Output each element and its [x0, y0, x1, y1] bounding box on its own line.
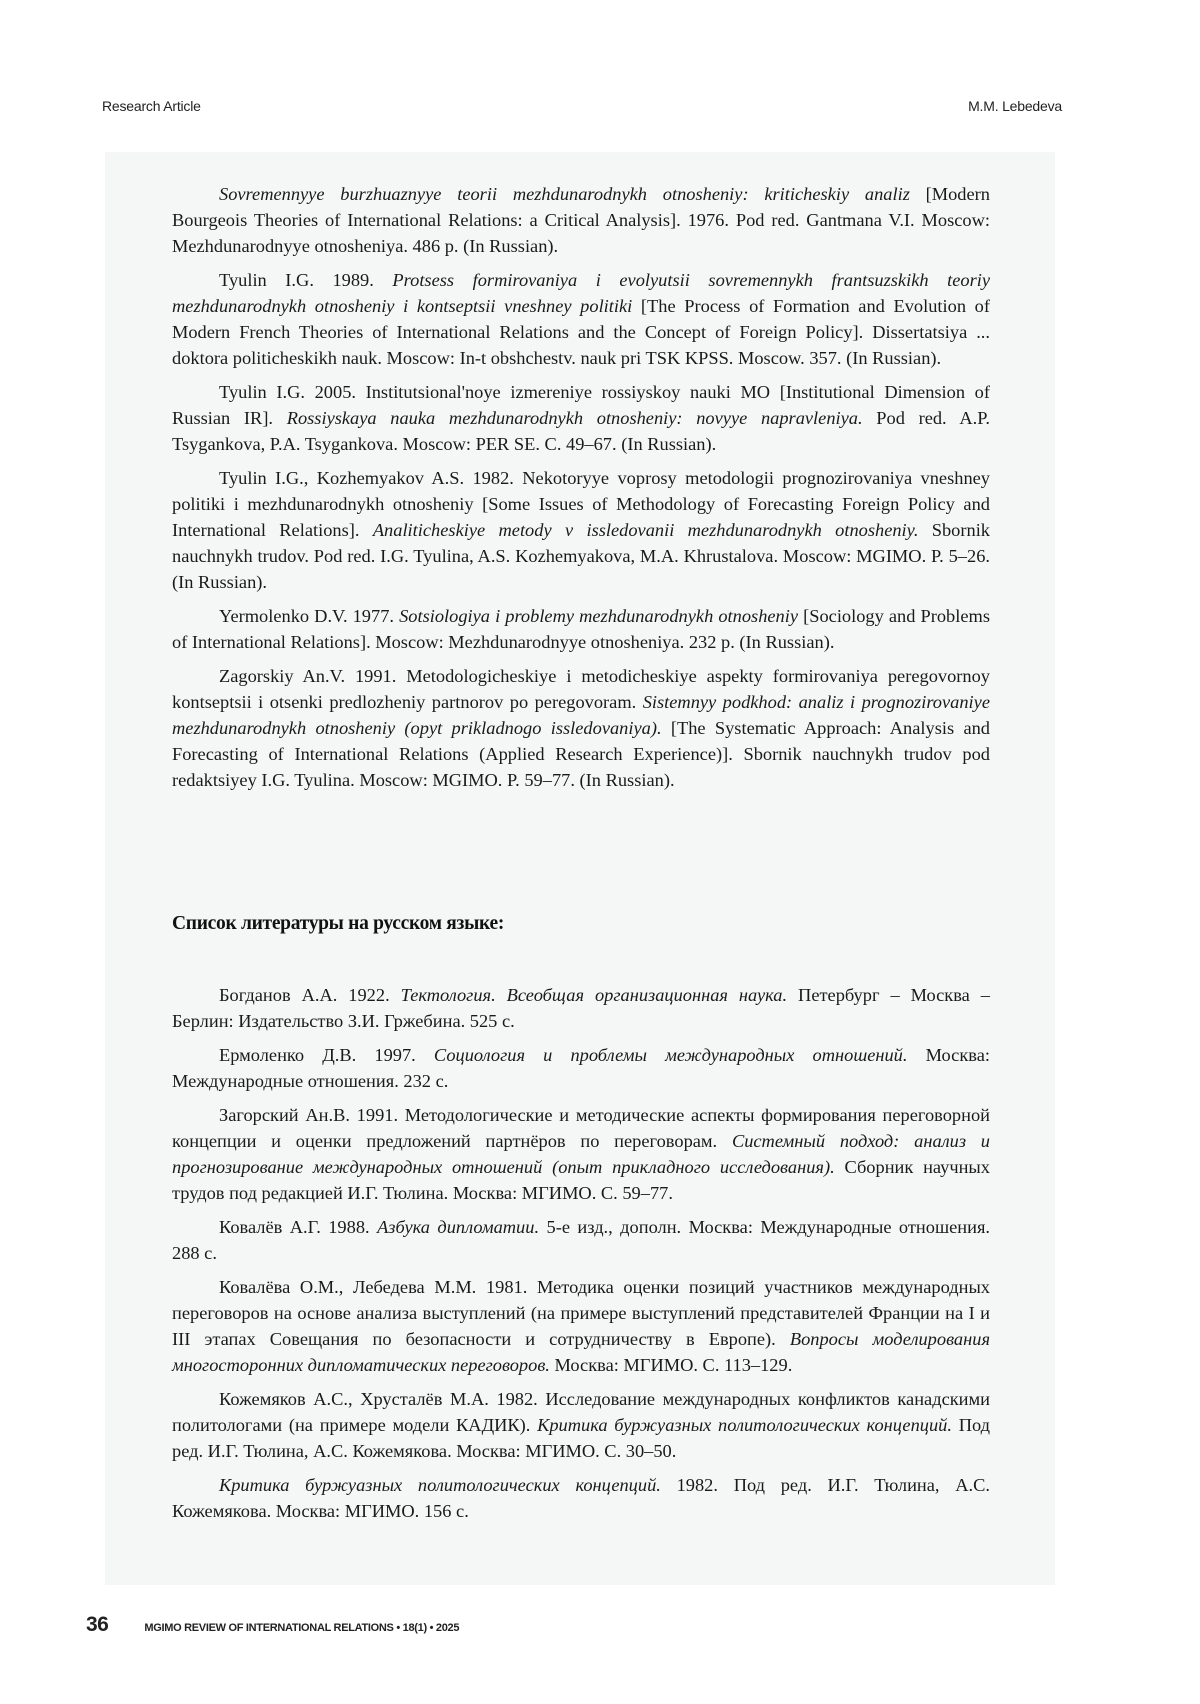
- reference-entry: Ковалёва О.М., Лебедева М.М. 1981. Метод…: [172, 1274, 990, 1378]
- reference-title: Sovremennyye burzhuaznyye teorii mezhdun…: [219, 184, 910, 204]
- references-english: Sovremennyye burzhuaznyye teorii mezhdun…: [172, 181, 990, 801]
- reference-entry: Tyulin I.G. 1989. Protsess formirovaniya…: [172, 267, 990, 371]
- reference-entry: Богданов А.А. 1922. Тектология. Всеобщая…: [172, 982, 990, 1034]
- article-type: Research Article: [102, 98, 201, 114]
- reference-entry: Tyulin I.G. 2005. Institutsional'noye iz…: [172, 379, 990, 457]
- reference-title: Азбука дипломатии.: [377, 1217, 539, 1237]
- running-head: Research Article M.M. Lebedeva: [102, 98, 1062, 114]
- reference-title: Analiticheskiye metody v issledovanii me…: [373, 520, 919, 540]
- reference-title: Rossiyskaya nauka mezhdunarodnykh otnosh…: [287, 408, 863, 428]
- section-title-russian-references: Список литературы на русском языке:: [172, 913, 504, 935]
- reference-text: Москва: МГИМО. С. 113–129.: [550, 1355, 792, 1375]
- reference-entry: Zagorskiy An.V. 1991. Metodologicheskiye…: [172, 663, 990, 793]
- reference-entry: Кожемяков А.С., Хрусталёв М.А. 1982. Исс…: [172, 1386, 990, 1464]
- reference-entry: Tyulin I.G., Kozhemyakov A.S. 1982. Neko…: [172, 465, 990, 595]
- journal-name: MGIMO REVIEW OF INTERNATIONAL RELATIONS …: [144, 1622, 459, 1634]
- reference-entry: Sovremennyye burzhuaznyye teorii mezhdun…: [172, 181, 990, 259]
- reference-title: Социология и проблемы международных отно…: [434, 1045, 908, 1065]
- reference-text: Ермоленко Д.В. 1997.: [219, 1045, 434, 1065]
- reference-text: Богданов А.А. 1922.: [219, 985, 401, 1005]
- reference-title: Критика буржуазных политологических конц…: [219, 1475, 661, 1495]
- reference-entry: Ермоленко Д.В. 1997. Социология и пробле…: [172, 1042, 990, 1094]
- reference-title: Тектология. Всеобщая организационная нау…: [401, 985, 787, 1005]
- reference-entry: Yermolenko D.V. 1977. Sotsiologiya i pro…: [172, 603, 990, 655]
- reference-title: Критика буржуазных политологических конц…: [537, 1415, 952, 1435]
- reference-title: Sotsiologiya i problemy mezhdunarodnykh …: [399, 606, 798, 626]
- reference-entry: Загорский Ан.В. 1991. Методологические и…: [172, 1102, 990, 1206]
- reference-text: Yermolenko D.V. 1977.: [219, 606, 399, 626]
- author-name: M.M. Lebedeva: [968, 98, 1062, 114]
- references-russian: Богданов А.А. 1922. Тектология. Всеобщая…: [172, 982, 990, 1532]
- page-number: 36: [86, 1613, 108, 1637]
- page-footer: 36 MGIMO REVIEW OF INTERNATIONAL RELATIO…: [86, 1613, 459, 1637]
- reference-entry: Ковалёв А.Г. 1988. Азбука дипломатии. 5-…: [172, 1214, 990, 1266]
- reference-text: Tyulin I.G. 1989.: [219, 270, 392, 290]
- reference-entry: Критика буржуазных политологических конц…: [172, 1472, 990, 1524]
- reference-text: Ковалёв А.Г. 1988.: [219, 1217, 377, 1237]
